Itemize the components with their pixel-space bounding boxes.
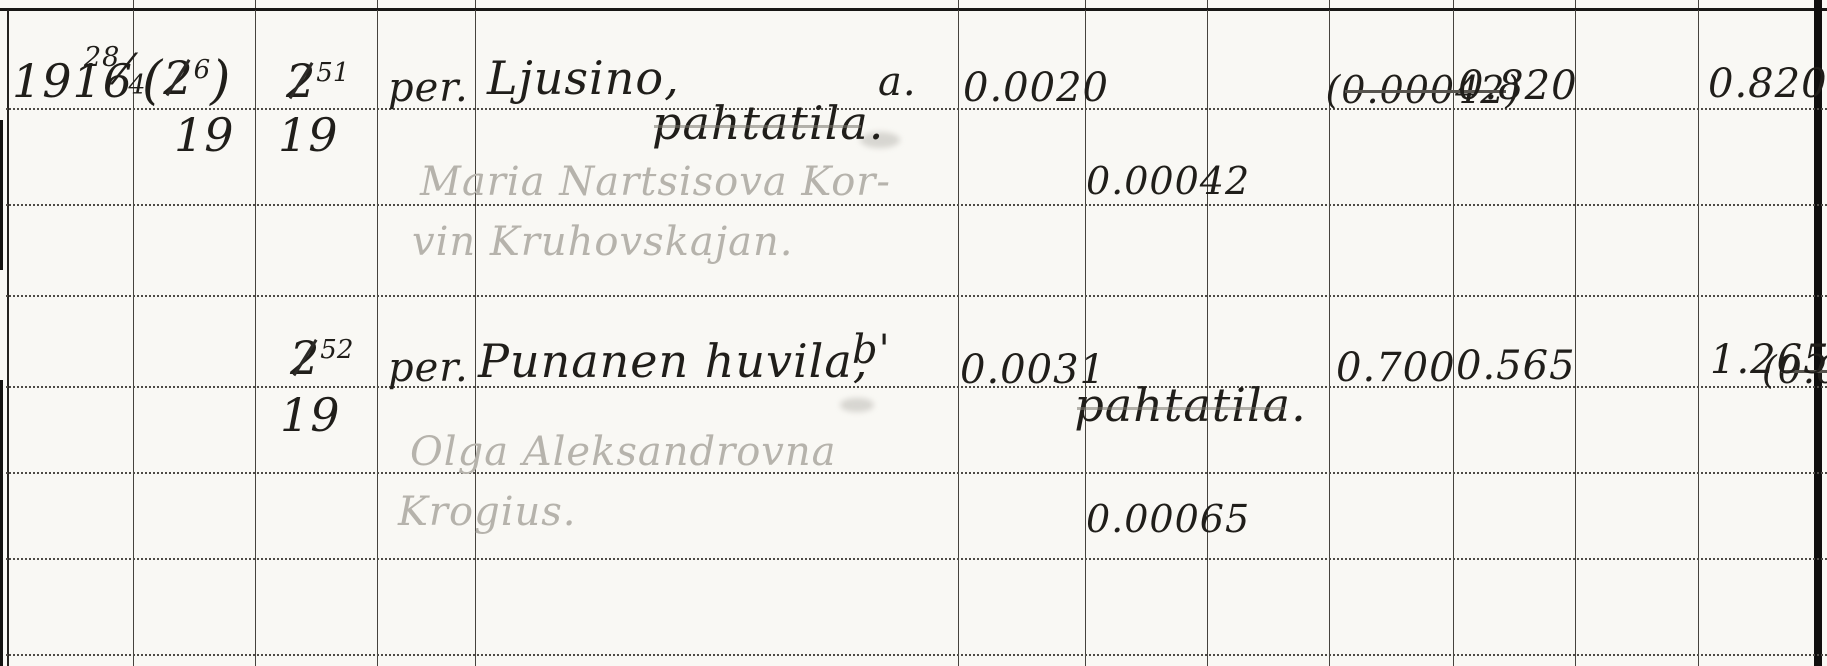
entry-1-owner-pencil-line-1: Maria Nartsisova Kor- [420, 162, 891, 202]
entry-1-date-fraction: 28⁄4 [84, 44, 147, 99]
entry-2-owner-pencil-line-2: Krogius. [398, 492, 577, 532]
top-border [0, 8, 1827, 11]
entry-2-new-number-base: 2 [290, 335, 320, 381]
entry-2-new-number-sup: 52 [320, 335, 353, 365]
entry-1-value-col12: 0.820 [1708, 64, 1827, 104]
entry-1-new-number-base: 2 [286, 58, 316, 104]
paren-open: ( [142, 51, 163, 111]
entry-2-value-tax: 0.00065 [1086, 500, 1250, 538]
entry-1-new-number-below: 19 [278, 112, 339, 158]
entry-1-value-area: 0.0020 [963, 68, 1109, 108]
entry-2-value-col10: 0.565 [1456, 346, 1576, 386]
row-dotted-line [6, 472, 1827, 474]
pencil-smudge [840, 398, 874, 412]
entry-1-old-number-sup: 6 [194, 55, 211, 85]
entry-1-old-number-base: 2 [163, 55, 193, 101]
entry-1-property-name: Ljusino, [487, 55, 680, 101]
ledger-sheet: 1916 28⁄4 (26) 19 251 19 per. Ljusino, a… [0, 0, 1827, 666]
entry-1-new-number: 251 [286, 58, 349, 104]
page-binding-edge [0, 120, 3, 270]
entry-1-owner-pencil-line-2: vin Kruhovskajan. [412, 222, 793, 262]
entry-1-value-col10: 0.820 [1458, 66, 1578, 106]
row-dotted-line [6, 558, 1827, 560]
entry-1-old-number-below: 19 [174, 112, 235, 158]
entry-1-date-day: 28 [84, 42, 120, 73]
entry-2-property-type: pahtatila. [1074, 382, 1306, 428]
paren-close: ) [210, 51, 231, 111]
entry-1-per-abbrev: per. [388, 68, 469, 108]
row-dotted-line [6, 654, 1827, 656]
entry-2-share-letter: b' [852, 330, 891, 370]
entry-1-old-number: (26) [142, 55, 231, 107]
entry-2-value-col9: 0.700 [1336, 348, 1456, 388]
entry-2-value-area: 0.0031 [960, 350, 1106, 390]
page-binding-edge [0, 380, 3, 666]
entry-1-value-tax: 0.00042 [1086, 162, 1250, 200]
entry-2-owner-pencil-line-1: Olga Aleksandrovna [410, 432, 837, 472]
entry-2-property-name: Punanen huvila, [478, 338, 868, 384]
entry-2-new-number: 252 [290, 335, 353, 381]
entry-1-property-type: pahtatila. [652, 100, 884, 146]
entry-2-per-abbrev: per. [388, 348, 469, 388]
row-dotted-line [6, 204, 1827, 206]
row-dotted-line [6, 295, 1827, 297]
entry-2-new-number-below: 19 [280, 392, 341, 438]
entry-2-value-col12: 1.265 [1710, 340, 1827, 380]
entry-1-new-number-sup: 51 [316, 58, 349, 88]
